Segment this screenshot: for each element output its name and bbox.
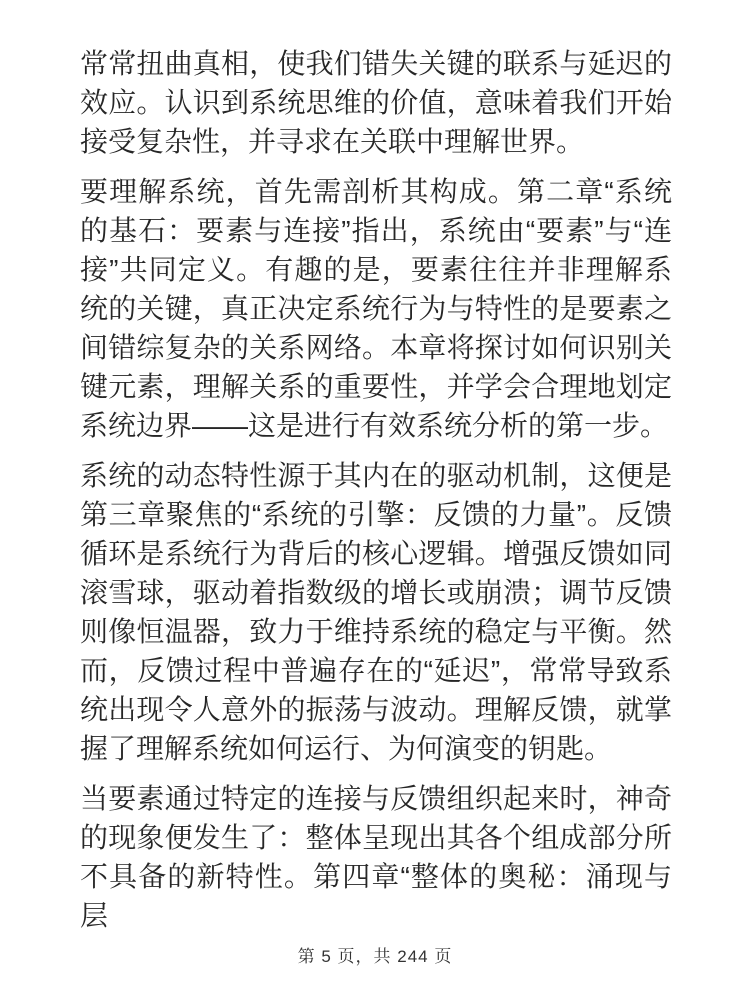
paragraph-1: 常常扭曲真相，使我们错失关键的联系与延迟的效应。认识到系统思维的价值，意味着我们… [80,44,672,161]
paragraph-4: 当要素通过特定的连接与反馈组织起来时，神奇的现象便发生了：整体呈现出其各个组成部… [80,779,672,935]
document-page: 常常扭曲真相，使我们错失关键的联系与延迟的效应。认识到系统思维的价值，意味着我们… [0,0,750,1000]
page-number-footer: 第 5 页，共 244 页 [0,947,750,967]
paragraph-3: 系统的动态特性源于其内在的驱动机制，这便是第三章聚焦的“系统的引擎：反馈的力量”… [80,456,672,768]
page-text: 常常扭曲真相，使我们错失关键的联系与延迟的效应。认识到系统思维的价值，意味着我们… [80,44,672,935]
paragraph-2: 要理解系统，首先需剖析其构成。第二章“系统的基石：要素与连接”指出，系统由“要素… [80,172,672,445]
